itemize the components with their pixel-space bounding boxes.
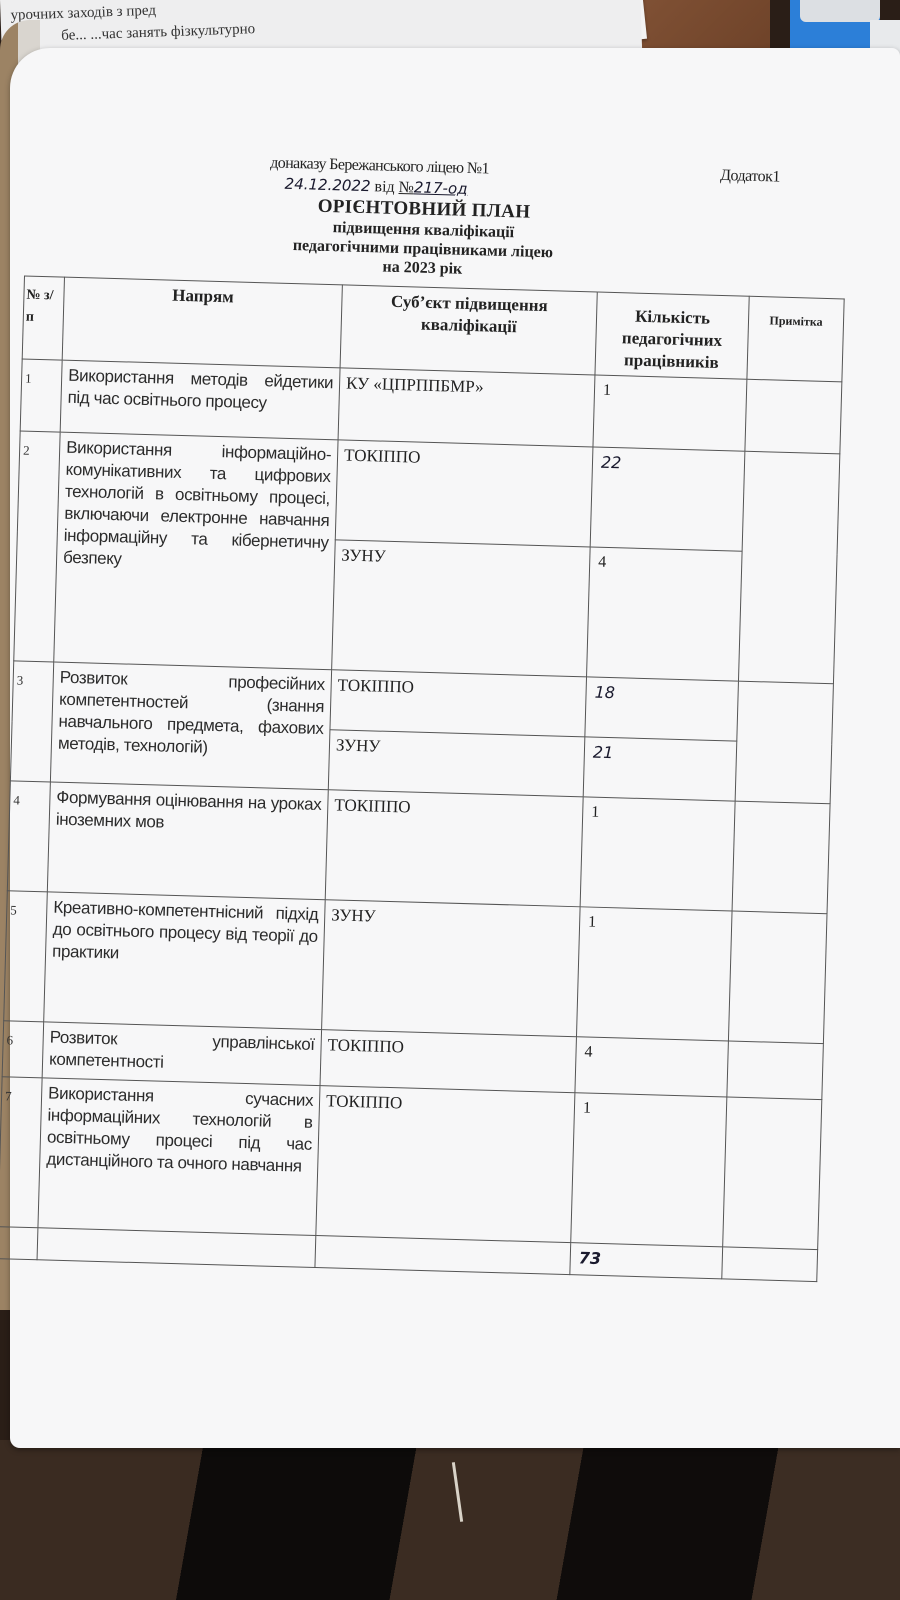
row-note	[728, 911, 827, 1044]
row-count-value: 1	[583, 1099, 591, 1116]
row-count: 18	[585, 677, 739, 741]
table-row: 7Використання сучасних інформаційних тех…	[0, 1077, 822, 1250]
row-note	[732, 801, 830, 914]
row-count-value: 4	[598, 554, 606, 571]
stapler-cap	[800, 0, 880, 22]
row-direction: Використання сучасних інформаційних техн…	[38, 1078, 320, 1236]
row-count: 1	[571, 1093, 727, 1247]
row-count-value: 1	[603, 382, 611, 399]
document-title: ОРІЄНТОВНИЙ ПЛАН підвищення кваліфікації…	[212, 193, 634, 284]
column-header-count: Кількість педагогічних працівників	[595, 292, 749, 379]
row-count-value: 4	[584, 1043, 592, 1060]
row-number: 1	[20, 359, 62, 432]
row-count: 1	[576, 907, 732, 1041]
row-count-value: 1	[591, 804, 599, 821]
total-count: 73	[579, 1248, 602, 1268]
row-number: 7	[0, 1077, 42, 1228]
from-word: від	[374, 178, 395, 196]
row-number: 6	[2, 1021, 44, 1078]
order-number-prefix: №	[398, 179, 414, 196]
row-subject: ЗУНУ	[332, 540, 591, 677]
row-direction: Розвиток управлінської компетентності	[42, 1022, 321, 1086]
appendix-label: Додаток1	[720, 167, 780, 187]
row-note	[723, 1097, 822, 1250]
row-subject: ТОКІППО	[320, 1030, 576, 1093]
row-note	[745, 379, 842, 454]
row-note	[738, 451, 839, 684]
row-direction: Формування оцінювання на уроках іноземни…	[47, 782, 328, 900]
row-count: 1	[593, 375, 747, 451]
training-plan-table: № з/п Напрям Суб’єкт підвищення кваліфік…	[0, 276, 845, 1283]
row-note	[735, 681, 833, 804]
column-header-subject: Суб’єкт підвищення кваліфікації	[340, 285, 597, 375]
row-number: 5	[4, 891, 48, 1022]
row-count: 4	[587, 547, 743, 681]
row-count: 22	[590, 447, 745, 551]
row-direction: Використання інформаційно-комунікативних…	[54, 432, 338, 670]
row-subject: ТОКІППО	[330, 670, 587, 737]
document-page: донаказу Бережанського ліцею №1 Додаток1…	[10, 48, 900, 1448]
row-direction: Креативно-компетентнісний підхід до осві…	[44, 892, 326, 1030]
row-count-value: 1	[588, 914, 596, 931]
column-header-direction: Напрям	[62, 277, 342, 368]
handwritten-date: 24.12.2022	[284, 175, 370, 195]
document-content: донаказу Бережанського ліцею №1 Додаток1…	[0, 47, 900, 1471]
row-count-value: 21	[593, 743, 614, 763]
row-subject: ТОКІППО	[316, 1086, 575, 1243]
row-number: 4	[7, 781, 50, 892]
table-row: 5Креативно-компетентнісний підхід до осв…	[4, 891, 827, 1044]
row-count: 21	[583, 737, 737, 801]
column-header-note: Примітка	[747, 296, 844, 382]
row-direction: Розвиток професійних компетентностей (зн…	[50, 662, 331, 790]
row-count: 4	[575, 1037, 729, 1097]
row-subject: КУ «ЦПРППБМР»	[338, 368, 595, 447]
row-count-value: 18	[594, 683, 615, 703]
row-count-value: 22	[601, 453, 622, 473]
row-subject: ТОКІППО	[325, 790, 583, 907]
column-header-num: № з/п	[22, 276, 64, 360]
row-subject: ЗУНУ	[328, 730, 585, 797]
row-number: 3	[10, 661, 53, 782]
row-count: 1	[580, 797, 735, 911]
row-number: 2	[14, 431, 60, 662]
row-note	[727, 1041, 824, 1100]
underlying-page-line: бе... ...час занять фізкультурно	[61, 21, 255, 45]
row-subject: ТОКІППО	[335, 440, 593, 547]
row-direction: Використання методів ейдетики під час ос…	[60, 360, 340, 440]
row-subject: ЗУНУ	[322, 900, 581, 1037]
handwritten-order-number: 217-од	[414, 178, 468, 197]
